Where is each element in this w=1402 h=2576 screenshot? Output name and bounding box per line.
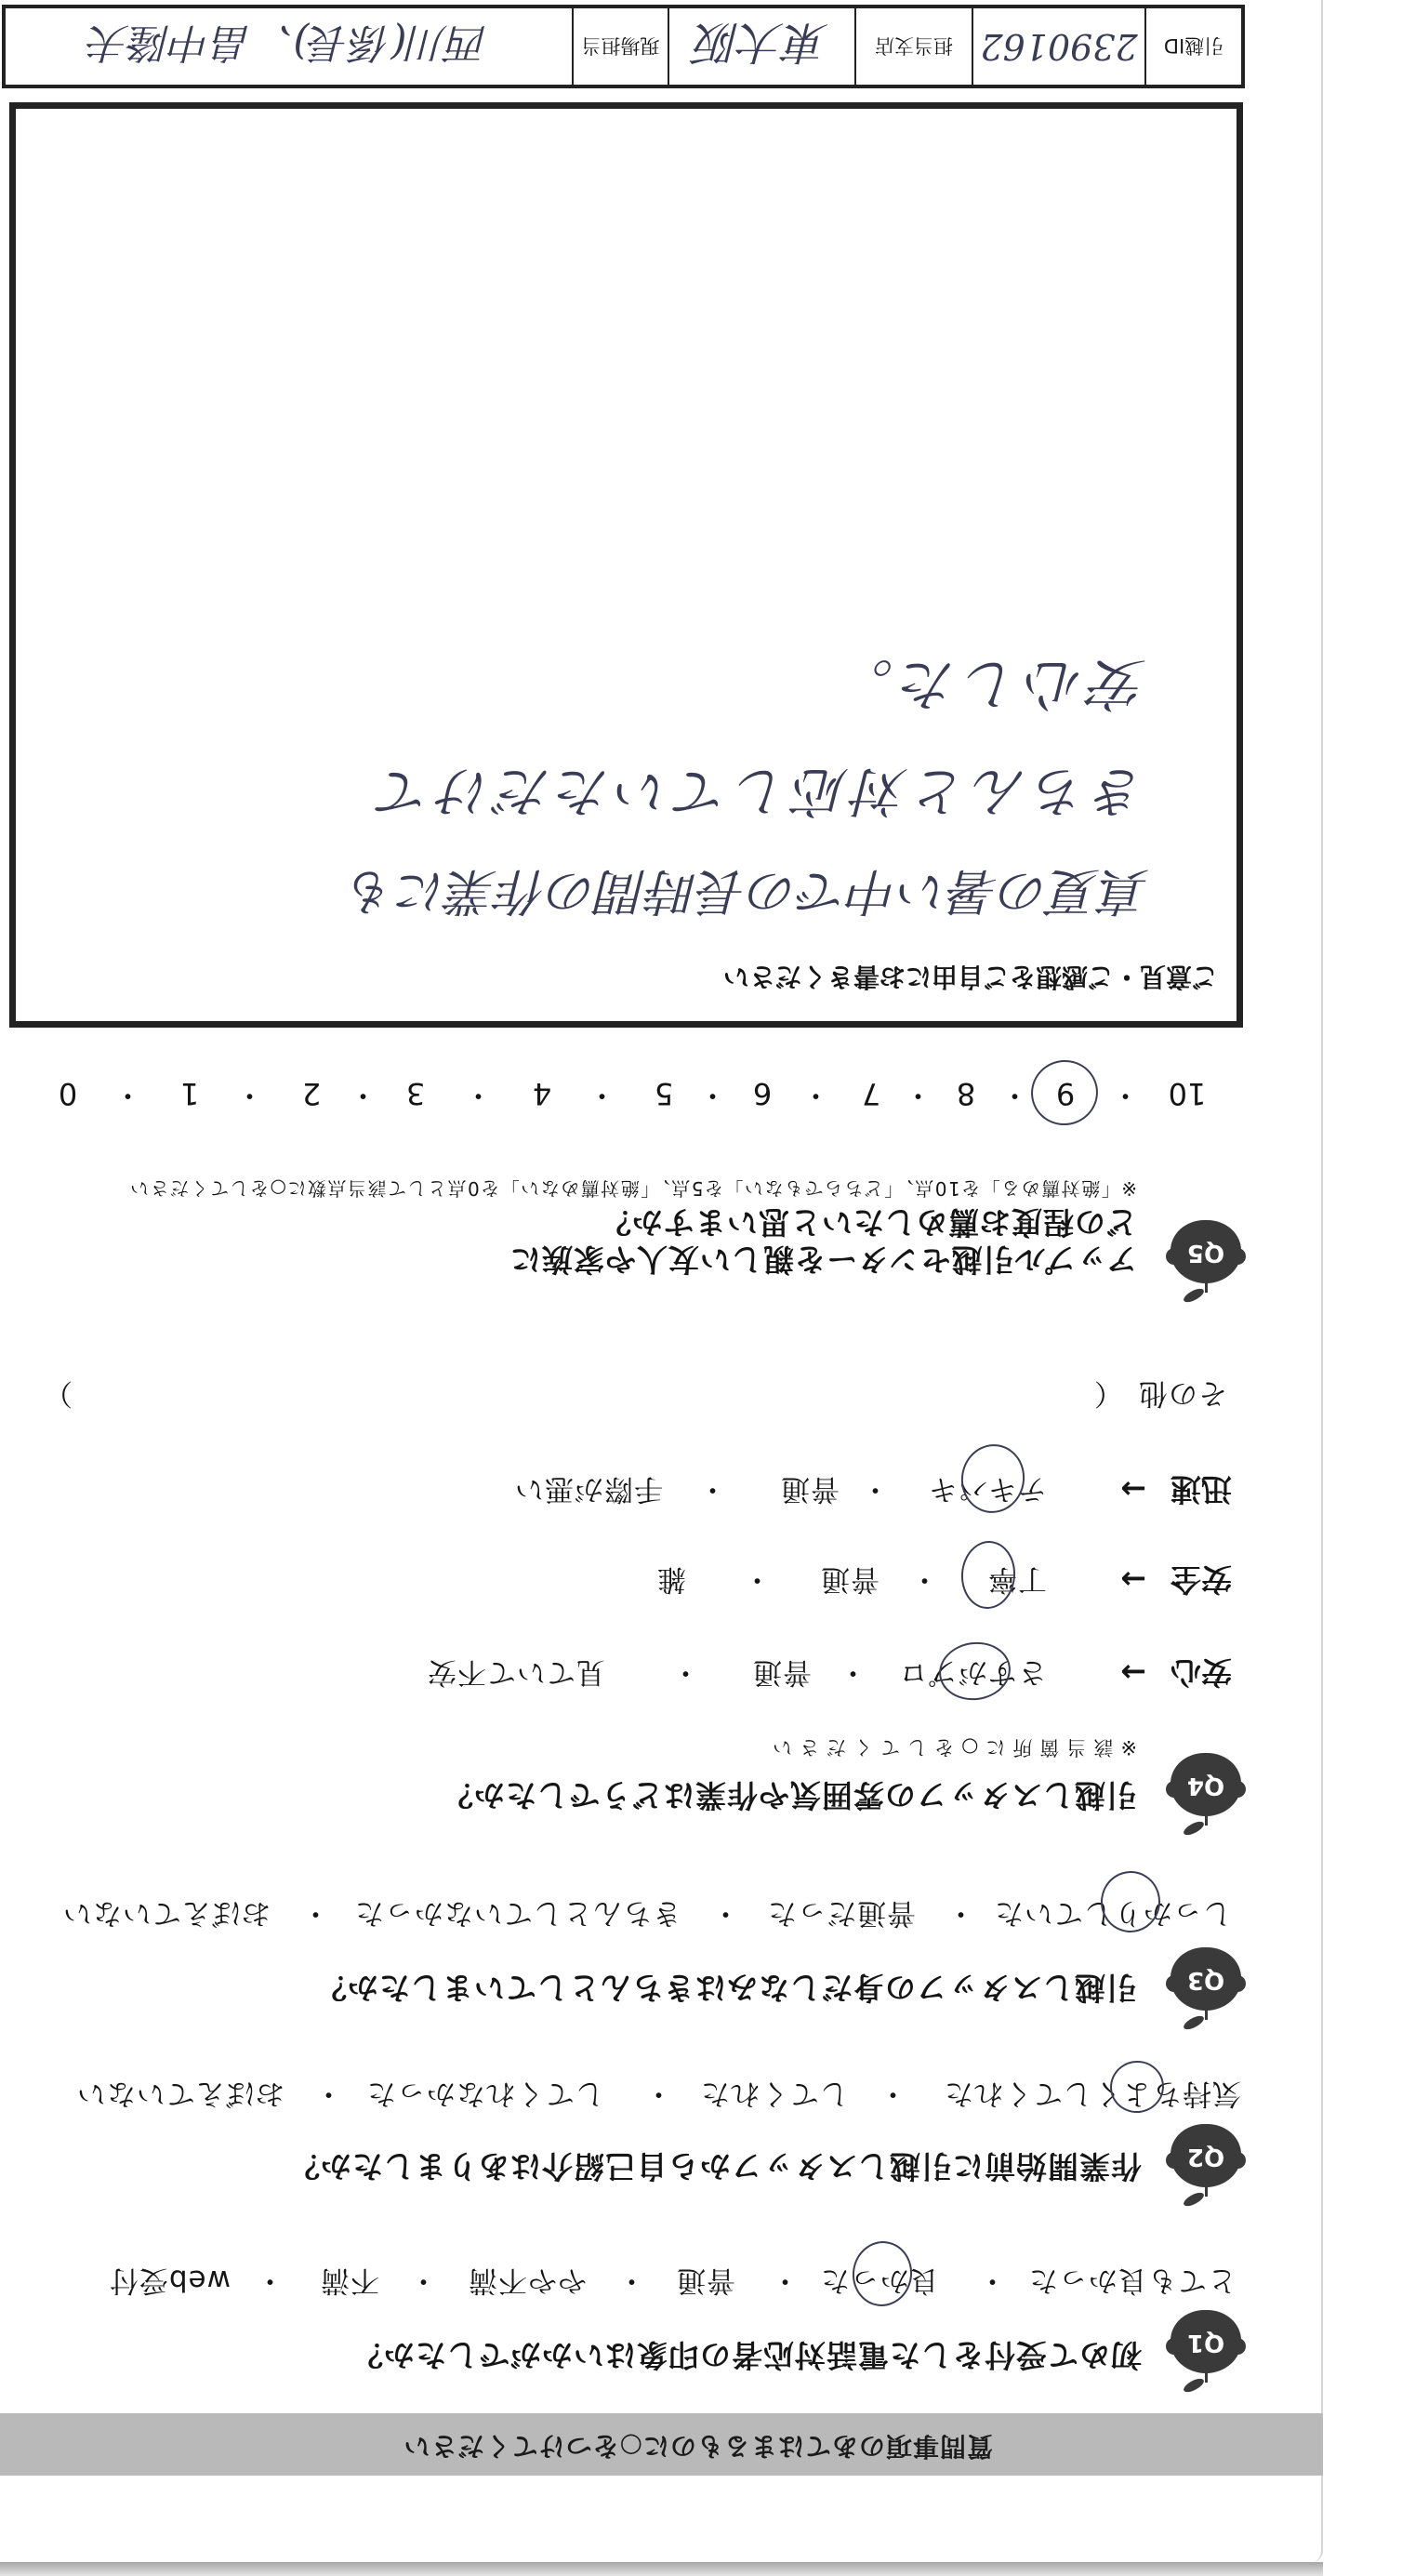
separator: ・ xyxy=(589,1080,616,1109)
site-staff-value: 西川(係長)、畠中隆夫 xyxy=(88,17,488,76)
apple-q2-icon: Q2 xyxy=(1166,2120,1246,2206)
question-badge: Q3 xyxy=(1171,1968,1241,1992)
scale-value: 0 xyxy=(40,1079,96,1109)
branch-label-cell: 担当支店 xyxy=(854,8,972,85)
site-staff-cell: 西川(係長)、畠中隆夫 xyxy=(6,8,572,85)
apple-q1-icon: Q1 xyxy=(1166,2306,1246,2392)
separator: ・ xyxy=(911,1564,939,1593)
separator: ・ xyxy=(1112,1080,1140,1109)
scale-value: 1 xyxy=(162,1079,218,1109)
q1-option: やや不満 xyxy=(468,2265,587,2294)
q1-option: とても良かった xyxy=(1028,2265,1237,2294)
q4-option: 普通 xyxy=(820,1564,880,1593)
instruction-banner-text: 質問事項のあてはまるものに○をつけてください xyxy=(403,2433,993,2459)
scanned-survey-form: 質問事項のあてはまるものに○をつけてください Q1 初めて受付をした電話対応者の… xyxy=(0,0,1402,2576)
site-staff-label: 現場担当 xyxy=(582,33,660,60)
apple-q4-icon: Q4 xyxy=(1166,1749,1246,1835)
question-badge: Q4 xyxy=(1171,1773,1241,1798)
separator: ・ xyxy=(302,1898,330,1927)
handwritten-comment-line: 真夏の暑い中での長時間の作業にも xyxy=(347,866,1150,916)
separator: ・ xyxy=(905,1080,932,1109)
question-badge: Q5 xyxy=(1171,1241,1241,1265)
separator: ・ xyxy=(979,2265,1007,2294)
branch-cell: 東大阪 xyxy=(668,8,854,85)
separator: ・ xyxy=(744,1564,772,1593)
q4-row-label: 安心 xyxy=(1171,1657,1232,1688)
move-id-label-cell: 引越ID xyxy=(1144,8,1241,85)
separator: ・ xyxy=(350,1080,377,1109)
separator: ・ xyxy=(672,1657,700,1686)
q3-option: きちんとしていなかった xyxy=(354,1898,681,1927)
branch-value: 東大阪 xyxy=(695,15,829,79)
handwritten-comment-line: 安心した。 xyxy=(830,656,1146,711)
q4-other-label: その他 xyxy=(1138,1378,1227,1407)
move-id-value: 2390162 xyxy=(980,26,1137,67)
apple-q5-icon: Q5 xyxy=(1166,1216,1246,1302)
q1-title: 初めて受付をした電話対応者の印象はいかがでしたか？ xyxy=(351,2340,1142,2370)
arrow-right-icon: → xyxy=(1120,1657,1146,1688)
separator: ・ xyxy=(862,1474,890,1503)
q4-other-close-paren: ） xyxy=(43,1378,73,1407)
q4-option: 手際が悪い xyxy=(514,1474,663,1503)
scale-value: 2 xyxy=(284,1079,339,1109)
scale-value: 8 xyxy=(938,1079,994,1109)
separator: ・ xyxy=(699,1080,727,1109)
scale-value: 5 xyxy=(636,1079,692,1109)
q4-option: 普通 xyxy=(780,1474,840,1503)
q4-row-label: 安全 xyxy=(1171,1564,1232,1595)
scale-value: 6 xyxy=(734,1079,790,1109)
scale-value: 10 xyxy=(1159,1079,1215,1109)
separator: ・ xyxy=(699,1474,727,1503)
info-header-table: 引越ID 2390162 担当支店 東大阪 現場担当 西川(係長)、畠中隆夫 xyxy=(2,5,1245,88)
move-id-label: 引越ID xyxy=(1164,33,1223,60)
q2-option: してくれた xyxy=(700,2078,849,2107)
q3-option: 普通だった xyxy=(767,1898,916,1927)
separator: ・ xyxy=(315,2078,343,2107)
arrow-right-icon: → xyxy=(1120,1564,1146,1595)
separator: ・ xyxy=(257,2265,284,2294)
q1-option: web受付 xyxy=(109,2265,231,2294)
scale-value: 3 xyxy=(388,1079,443,1109)
q4-option: 雑 xyxy=(656,1564,686,1593)
separator: ・ xyxy=(1001,1080,1029,1109)
separator: ・ xyxy=(618,2265,646,2294)
separator: ・ xyxy=(114,1080,142,1109)
scanner-shadow xyxy=(0,2562,1323,2576)
q4-note: ※該当箇所に○をしてください xyxy=(765,1737,1137,1757)
scale-value: 4 xyxy=(514,1079,570,1109)
question-badge: Q1 xyxy=(1171,2330,1241,2355)
q3-option: おぼえていない xyxy=(62,1898,271,1927)
q1-option: 不満 xyxy=(320,2265,379,2294)
scale-value: 7 xyxy=(843,1079,899,1109)
q1-option: 普通 xyxy=(676,2265,735,2294)
separator: ・ xyxy=(947,1898,975,1927)
separator: ・ xyxy=(880,2078,907,2107)
q4-option: 普通 xyxy=(752,1657,812,1686)
separator: ・ xyxy=(772,2265,800,2294)
separator: ・ xyxy=(236,1080,264,1109)
q5-title-line1: アップル引越センターを親しい友人や家族に xyxy=(509,1244,1137,1275)
separator: ・ xyxy=(712,1898,740,1927)
site-staff-label-cell: 現場担当 xyxy=(572,8,668,85)
separator: ・ xyxy=(802,1080,830,1109)
q5-title-line2: どの程度お薦めしたいと思いますか？ xyxy=(600,1207,1137,1238)
separator: ・ xyxy=(645,2078,673,2107)
apple-q3-icon: Q3 xyxy=(1166,1944,1246,2029)
handwritten-comment-line: きちんと対応していただけて xyxy=(373,764,1146,818)
q4-other-open-paren: （ xyxy=(1093,1378,1123,1407)
q2-option: おぼえていない xyxy=(76,2078,284,2107)
move-id-cell: 2390162 xyxy=(972,8,1144,85)
separator: ・ xyxy=(465,1080,493,1109)
question-badge: Q2 xyxy=(1171,2144,1241,2169)
q4-row-label: 迅速 xyxy=(1171,1474,1232,1505)
branch-label: 担当支店 xyxy=(875,33,953,60)
arrow-right-icon: → xyxy=(1120,1474,1146,1505)
separator: ・ xyxy=(410,2265,438,2294)
q2-option-selected: 気持ちよくしてくれた xyxy=(944,2078,1241,2107)
q5-note: ※「絶対薦める」を10点、「どちらでもない」を5点、「絶対薦めない」を0点として… xyxy=(129,1179,1137,1198)
q2-option: してくれなかった xyxy=(366,2078,604,2107)
q4-title: 引越しスタッフの雰囲気や作業はどうでしたか？ xyxy=(442,1780,1137,1811)
q3-title: 引越しスタッフの身だしなみはきちんとしていましたか？ xyxy=(315,1972,1137,2003)
comment-heading: ご意見・ご感想をご自由にお書きください xyxy=(723,963,1218,989)
q4-option: 見ていて不安 xyxy=(427,1657,605,1686)
q2-title: 作業開始前に引越しスタッフから自己紹介はありましたか？ xyxy=(288,2151,1142,2182)
separator: ・ xyxy=(840,1657,867,1686)
